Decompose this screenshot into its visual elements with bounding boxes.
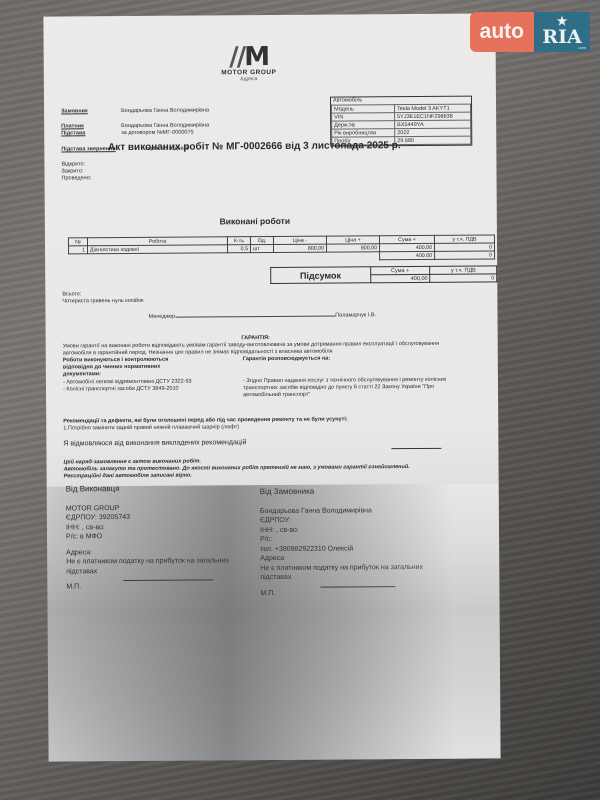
basis-value: за договором №МГ-0000075	[121, 130, 193, 138]
refuse-recommendations-text: Я відмовляюся від виконання викладених р…	[63, 439, 246, 447]
warranty-left-items: - Автомобілі легкові відремонтовані ДСТУ…	[63, 378, 233, 393]
warranty-right-heading: Гарантія розповсюджується на:	[243, 356, 330, 364]
works-cell-unit: шт	[251, 244, 274, 252]
watermark-ria-text: RIA	[542, 26, 581, 48]
works-total-sum: 400,00	[380, 251, 435, 259]
star-icon: ★	[557, 16, 568, 26]
works-cell-no: 1	[69, 246, 88, 254]
client-block: Від Замовника Бондарьова Ганна Володимир…	[260, 486, 446, 598]
company-logo: //M MOTOR GROUP Адреса	[219, 42, 279, 82]
client-heading: Від Замовника	[260, 486, 445, 497]
client-stamp: М.П.	[260, 587, 445, 598]
warranty-right-text: - Згідно Правил надання послуг з технічн…	[243, 377, 455, 399]
recommendations-heading: Рекомендації та дефекти, які були оголош…	[63, 416, 463, 426]
document-page: //M MOTOR GROUP Адреса Замовник Бондарьо…	[43, 13, 500, 761]
manager-signature: МенеджерПаламарчук І.В.	[148, 312, 376, 321]
basis-block: Підстава за договором №МГ-0000075	[61, 130, 85, 137]
manager-name: Паламарчук І.В.	[335, 312, 376, 318]
manager-label: Менеджер	[148, 314, 175, 320]
warranty-text: Умови гарантії на виконані роботи відпов…	[63, 341, 453, 358]
executor-signature-line	[123, 579, 213, 581]
basis-label: Підстава	[61, 130, 85, 136]
watermark-ria: ★ RIA .com	[534, 12, 590, 52]
works-column-header: №	[68, 238, 87, 246]
works-column-header: Од.	[250, 236, 273, 244]
works-cell-qty: 0,5	[228, 245, 251, 253]
works-section-title: Виконані роботи	[45, 215, 465, 228]
works-table-wrap: №РоботаК-тьОд.Ціна -Ціна +Сума +у т.ч. П…	[68, 234, 495, 262]
client-signature-line	[320, 586, 395, 588]
client-tax-note: Не є платником податку на прибуток на за…	[260, 562, 445, 582]
recommendation-item: 1.Потрібно замінити задній правий нижній…	[63, 424, 239, 432]
executor-block: Від Виконавця MOTOR GROUP ЄДРПОУ: 392057…	[66, 483, 237, 592]
executor-heading: Від Виконавця	[66, 483, 236, 494]
ack-line-3: Реєстраційні дані автомобіля записані ві…	[64, 471, 464, 481]
client-stamp-label: М.П.	[260, 589, 275, 596]
executor-tax-note: Не є платником податку на прибуток на за…	[66, 556, 236, 576]
summary-label: Підсумок	[271, 267, 371, 284]
watermark-auto: auto	[470, 12, 534, 52]
logo-mark: //M	[219, 42, 279, 72]
acknowledgement-block: Цей наряд-замовлення є актом виконаних р…	[63, 457, 463, 481]
payer-label: Платник	[61, 123, 84, 129]
summary-vat-value: 0	[430, 274, 497, 282]
customer-value: Бондарьова Ганна Володимирівна	[121, 107, 209, 115]
works-table: №РоботаК-тьОд.Ціна -Ціна +Сума +у т.ч. П…	[68, 234, 495, 262]
total-in-words: Чотириста гривень нуль копійок	[62, 298, 143, 306]
executor-stamp: М.П.	[66, 581, 236, 592]
summary-sum-value: 400,00	[370, 274, 430, 282]
warranty-left-heading: Роботи виконуються і контролюються відпо…	[63, 357, 188, 379]
warranty-left-item: - Колісні транспортні засоби ДСТУ 3649-2…	[63, 385, 233, 393]
customer-block: Замовник Бондарьова Ганна Володимирівна	[61, 108, 88, 115]
autoria-watermark: auto ★ RIA .com	[470, 12, 590, 52]
summary-block: Підсумок Сума + у т.ч. ПДВ 400,00 0	[270, 265, 497, 284]
executor-account: Р/с: в МФО	[66, 531, 236, 542]
watermark-suffix: .com	[577, 45, 586, 50]
summary-table: Підсумок Сума + у т.ч. ПДВ 400,00 0	[270, 265, 497, 284]
logo-address-label: Адреса	[219, 76, 279, 82]
refuse-signature-line	[391, 448, 441, 449]
customer-label: Замовник	[61, 108, 88, 114]
works-total-vat: 0	[435, 251, 495, 259]
works-column-header: К-ть	[227, 237, 250, 245]
document-title: Акт виконаних робіт № МГ-0002666 від 3 л…	[44, 140, 464, 154]
executor-stamp-label: М.П.	[66, 583, 81, 590]
works-total-row: 400,000	[69, 251, 495, 262]
conducted-label: Проведено:	[62, 175, 92, 182]
